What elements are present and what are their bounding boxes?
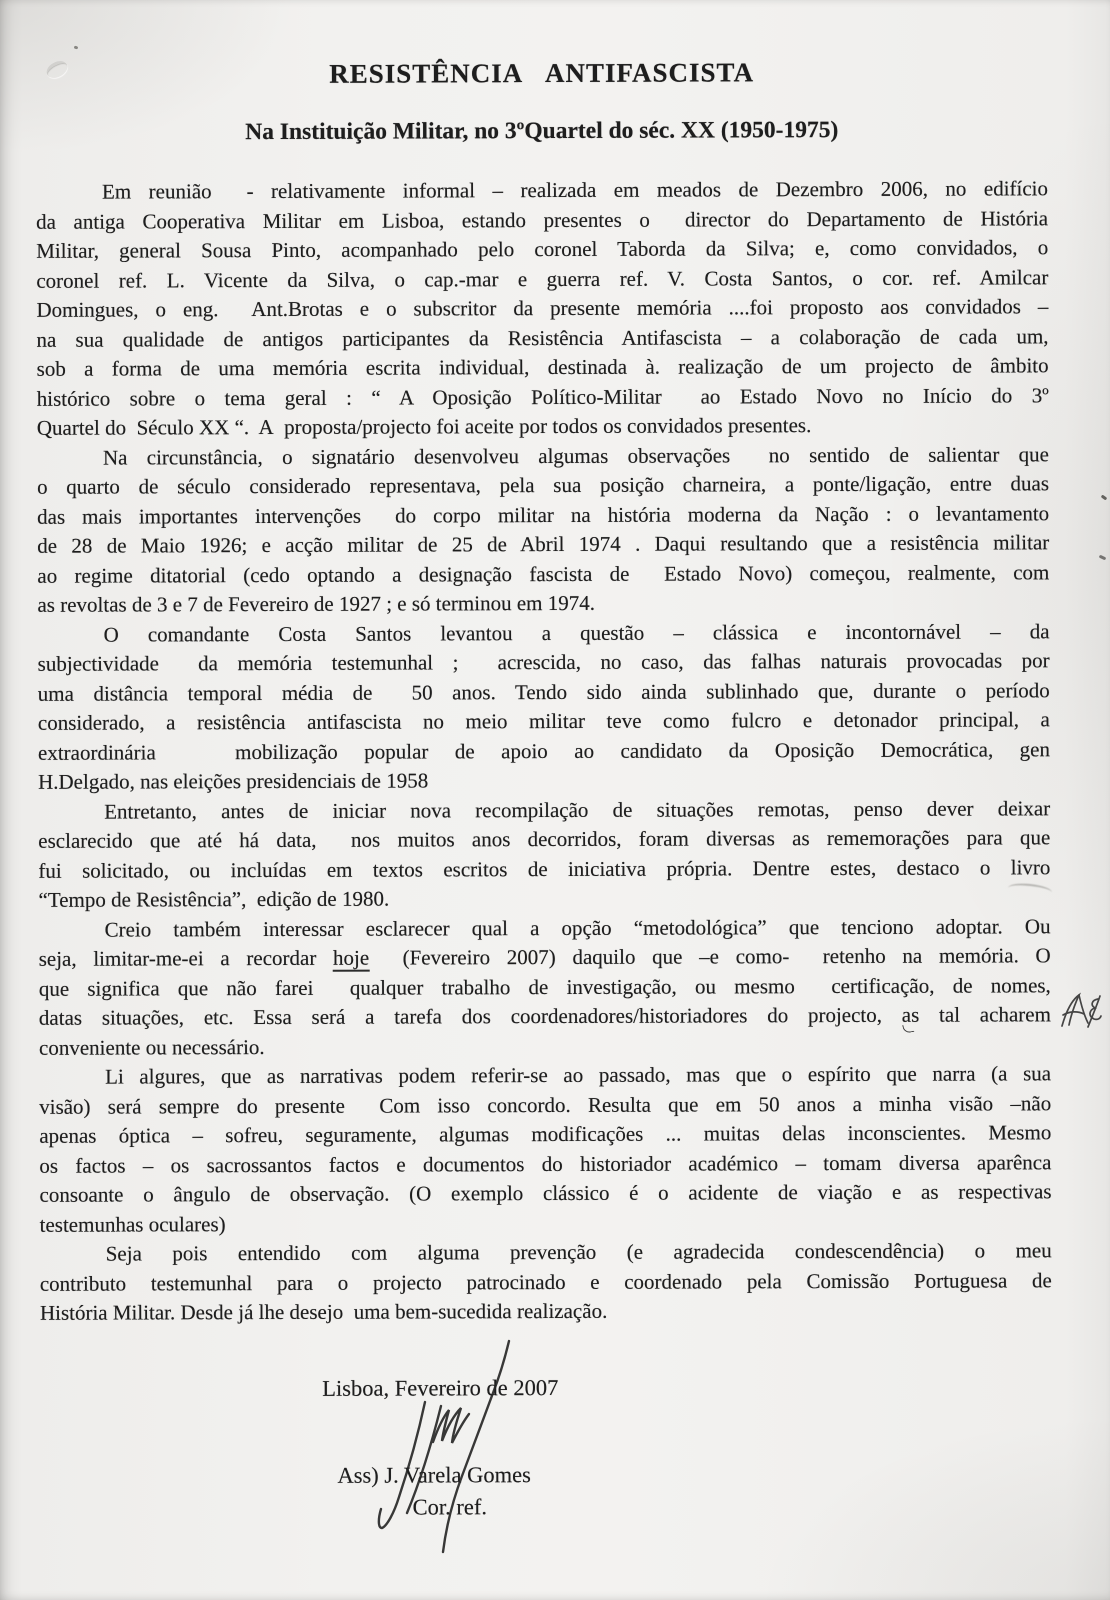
text-run: histórico sobre o tema geral : “ A Oposi… bbox=[37, 383, 1049, 411]
text-run: H.Delgado, nas eleições presidenciais de… bbox=[38, 768, 428, 793]
text-line: “Tempo de Resistência”, edição de 1980. bbox=[38, 882, 1050, 915]
text-run: “Tempo de Resistência”, edição de 1980. bbox=[38, 887, 389, 912]
text-run: apenas óptica – sofreu, seguramente, alg… bbox=[39, 1120, 1051, 1148]
text-line: Li algures, que as narrativas podem refe… bbox=[39, 1059, 1051, 1092]
text-run: fui solicitado, ou incluídas em textos e… bbox=[38, 855, 1050, 883]
closing-block: Lisboa, Fevereiro de 2007 Ass) J. Varela… bbox=[40, 1371, 1053, 1524]
text-run: Li algures, que as narrativas podem refe… bbox=[105, 1061, 1051, 1088]
text-run: uma distância temporal média de 50 anos.… bbox=[38, 678, 1050, 706]
text-run: Quartel do Século XX “. A proposta/proje… bbox=[37, 413, 812, 440]
text-line: histórico sobre o tema geral : “ A Oposi… bbox=[37, 381, 1049, 414]
text-run: de 28 de Maio 1926; e acção militar de 2… bbox=[37, 530, 1049, 558]
text-run: Seja pois entendido com alguma prevenção… bbox=[106, 1238, 1052, 1265]
text-line: Militar, general Sousa Pinto, acompanhad… bbox=[36, 233, 1048, 266]
text-run: da antiga Cooperativa Militar em Lisboa,… bbox=[36, 206, 1048, 234]
text-line: seja, limitar-me-ei a recordar hoje (Fev… bbox=[39, 941, 1051, 974]
text-line: na sua qualidade de antigos participante… bbox=[36, 322, 1048, 355]
text-run: O comandante Costa Santos levantou a que… bbox=[104, 619, 1050, 646]
text-line: da antiga Cooperativa Militar em Lisboa,… bbox=[36, 204, 1048, 237]
scanned-document-page: RESISTÊNCIA ANTIFASCISTA Na Instituição … bbox=[0, 0, 1110, 1600]
text-run: das mais importantes intervenções do cor… bbox=[37, 501, 1049, 529]
text-run: contributo testemunhal para o projecto p… bbox=[40, 1268, 1052, 1296]
text-run: os factos – os sacrossantos factos e doc… bbox=[39, 1150, 1051, 1178]
text-line: ao regime ditatorial (cedo optando a des… bbox=[37, 558, 1049, 591]
text-line: coronel ref. L. Vicente da Silva, o cap.… bbox=[36, 263, 1048, 296]
text-line: Entretanto, antes de iniciar nova recomp… bbox=[38, 794, 1050, 827]
text-run: sob a forma de uma memória escrita indiv… bbox=[37, 353, 1049, 381]
text-run: Em reunião - relativamente informal – re… bbox=[102, 176, 1048, 203]
text-line: que significa que não farei qualquer tra… bbox=[39, 971, 1051, 1004]
text-line: apenas óptica – sofreu, seguramente, alg… bbox=[39, 1118, 1051, 1151]
text-run: extraordinária mobilização popular de ap… bbox=[38, 737, 1050, 765]
text-line: O comandante Costa Santos levantou a que… bbox=[38, 617, 1050, 650]
text-run: consoante o ângulo de observação. (O exe… bbox=[39, 1179, 1051, 1207]
text-line: Seja pois entendido com alguma prevenção… bbox=[40, 1236, 1052, 1269]
text-line: considerado, a resistência antifascista … bbox=[38, 705, 1050, 738]
document-body: Em reunião - relativamente informal – re… bbox=[36, 174, 1052, 1328]
text-line: fui solicitado, ou incluídas em textos e… bbox=[38, 853, 1050, 886]
text-line: visão) será sempre do presente Com isso … bbox=[39, 1089, 1051, 1122]
text-line: Em reunião - relativamente informal – re… bbox=[36, 174, 1048, 207]
text-run: conveniente ou necessário. bbox=[39, 1035, 265, 1060]
text-line: uma distância temporal média de 50 anos.… bbox=[38, 676, 1050, 709]
text-line: conveniente ou necessário. bbox=[39, 1030, 1051, 1063]
text-run: Entretanto, antes de iniciar nova recomp… bbox=[104, 796, 1050, 823]
text-line: datas situações, etc. Essa será a tarefa… bbox=[39, 1000, 1051, 1033]
text-run: datas situações, etc. Essa será a tarefa… bbox=[39, 1003, 902, 1030]
text-line: os factos – os sacrossantos factos e doc… bbox=[39, 1148, 1051, 1181]
text-run: Creio também interessar esclarecer qual … bbox=[105, 914, 1051, 941]
text-run: o quarto de século considerado represent… bbox=[37, 471, 1049, 499]
text-line: subjectividade da memória testemunhal ; … bbox=[38, 646, 1050, 679]
text-run: ao regime ditatorial (cedo optando a des… bbox=[37, 560, 1049, 588]
text-line: das mais importantes intervenções do cor… bbox=[37, 499, 1049, 532]
document-title: RESISTÊNCIA ANTIFASCISTA bbox=[36, 54, 1048, 92]
text-run: coronel ref. L. Vicente da Silva, o cap.… bbox=[36, 265, 1048, 293]
signature-name-line: Ass) J. Varela Gomes bbox=[337, 1458, 1052, 1490]
text-run: visão) será sempre do presente Com isso … bbox=[39, 1091, 1051, 1119]
text-run: tal acharem bbox=[919, 1002, 1051, 1026]
text-run: (Fevereiro 2007) daquilo que –e como- re… bbox=[369, 943, 1051, 969]
document-content: RESISTÊNCIA ANTIFASCISTA Na Instituição … bbox=[0, 0, 1110, 1523]
text-run: testemunhas oculares) bbox=[40, 1212, 226, 1237]
text-line: o quarto de século considerado represent… bbox=[37, 469, 1049, 502]
text-line: Creio também interessar esclarecer qual … bbox=[39, 912, 1051, 945]
text-line: testemunhas oculares) bbox=[40, 1207, 1052, 1240]
text-run: Militar, general Sousa Pinto, acompanhad… bbox=[36, 235, 1048, 263]
text-run: na sua qualidade de antigos participante… bbox=[36, 324, 1048, 352]
text-run: esclarecido que até há data, nos muitos … bbox=[38, 825, 1050, 853]
text-line: contributo testemunhal para o projecto p… bbox=[40, 1266, 1052, 1299]
text-line: as revoltas de 3 e 7 de Fevereiro de 192… bbox=[37, 587, 1049, 620]
text-run: História Militar. Desde já lhe desejo um… bbox=[40, 1299, 607, 1325]
text-run: Domingues, o eng. Ant.Brotas e o subscri… bbox=[36, 294, 1048, 322]
document-subtitle: Na Instituição Militar, no 3ºQuartel do … bbox=[36, 114, 1048, 148]
text-run: considerado, a resistência antifascista … bbox=[38, 707, 1050, 735]
text-line: esclarecido que até há data, nos muitos … bbox=[38, 823, 1050, 856]
text-run: que significa que não farei qualquer tra… bbox=[39, 973, 1051, 1001]
text-line: História Militar. Desde já lhe desejo um… bbox=[40, 1295, 1052, 1328]
text-line: Domingues, o eng. Ant.Brotas e o subscri… bbox=[36, 292, 1048, 325]
date-line: Lisboa, Fevereiro de 2007 bbox=[322, 1371, 1052, 1404]
text-run: as revoltas de 3 e 7 de Fevereiro de 192… bbox=[37, 591, 595, 617]
text-line: Na circunstância, o signatário desenvolv… bbox=[37, 440, 1049, 473]
text-line: Quartel do Século XX “. A proposta/proje… bbox=[37, 410, 1049, 443]
annotated-word: as bbox=[902, 1003, 920, 1027]
text-line: sob a forma de uma memória escrita indiv… bbox=[37, 351, 1049, 384]
text-run: seja, limitar-me-ei a recordar bbox=[39, 946, 333, 971]
text-line: extraordinária mobilização popular de ap… bbox=[38, 735, 1050, 768]
signature-rank-line: Cor. ref. bbox=[413, 1490, 1053, 1522]
underlined-word: hoje bbox=[333, 946, 369, 972]
text-run: subjectividade da memória testemunhal ; … bbox=[38, 648, 1050, 676]
text-run: Na circunstância, o signatário desenvolv… bbox=[103, 442, 1049, 469]
text-line: consoante o ângulo de observação. (O exe… bbox=[39, 1177, 1051, 1210]
text-line: de 28 de Maio 1926; e acção militar de 2… bbox=[37, 528, 1049, 561]
text-line: H.Delgado, nas eleições presidenciais de… bbox=[38, 764, 1050, 797]
